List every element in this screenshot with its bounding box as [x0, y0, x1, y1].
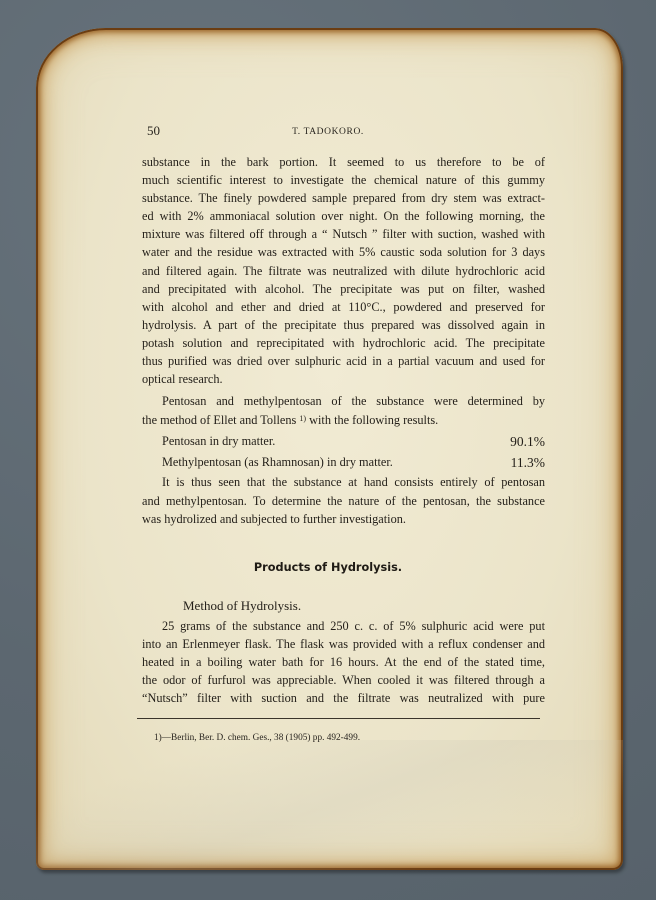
text-line: potash solution and reprecipitated with …: [142, 334, 545, 352]
text-line: mixture was filtered off through a “ Nut…: [142, 225, 545, 243]
result-row: Pentosan in dry matter. 90.1%: [142, 431, 545, 452]
text-line: much scientific interest to investigate …: [142, 171, 545, 189]
text-line: was hydrolized and subjected to further …: [142, 510, 545, 528]
result-value: 11.3%: [511, 452, 545, 473]
text-line: and filtered again. The filtrate was neu…: [142, 262, 545, 280]
text-line: hydrolysis. A part of the precipitate th…: [142, 316, 545, 334]
text-fragment: with the following results.: [306, 413, 438, 427]
footnote: 1)—Berlin, Ber. D. chem. Ges., 38 (1905)…: [154, 733, 360, 743]
running-head: T. TADOKORO.: [0, 127, 656, 137]
body-text-lower: 25 grams of the substance and 250 c. c. …: [142, 617, 545, 707]
text-line: heated in a boiling water bath for 16 ho…: [142, 653, 545, 671]
text-line: with alcohol and ether and dried at 110°…: [142, 298, 545, 316]
text-line: It is thus seen that the substance at ha…: [142, 473, 545, 491]
text-fragment: the method of Ellet and Tollens: [142, 413, 296, 427]
text-line: “Nutsch” filter with suction and the fil…: [142, 689, 545, 707]
paragraph-2: Pentosan and methylpentosan of the subst…: [142, 392, 545, 429]
footnote-divider: [137, 718, 540, 719]
text-line-with-footnote: the method of Ellet and Tollens 1) with …: [142, 410, 545, 429]
subsection-heading: Method of Hydrolysis.: [183, 598, 301, 614]
text-line: substance in the bark portion. It seemed…: [142, 153, 545, 171]
result-label: Methylpentosan (as Rhamnosan) in dry mat…: [162, 452, 393, 473]
result-label: Pentosan in dry matter.: [162, 431, 275, 452]
text-line: into an Erlenmeyer flask. The flask was …: [142, 635, 545, 653]
results-table: Pentosan in dry matter. 90.1% Methylpent…: [142, 431, 545, 473]
text-line: thus purified was dried over sulphuric a…: [142, 352, 545, 370]
text-line: the odor of furfurol was appreciable. Wh…: [142, 671, 545, 689]
paragraph-3: It is thus seen that the substance at ha…: [142, 473, 545, 527]
result-row: Methylpentosan (as Rhamnosan) in dry mat…: [142, 452, 545, 473]
text-line: ed with 2% ammoniacal solution over nigh…: [142, 207, 545, 225]
section-heading: Products of Hydrolysis.: [0, 561, 656, 574]
text-line: and methylpentosan. To determine the nat…: [142, 492, 545, 510]
body-text-upper: substance in the bark portion. It seemed…: [142, 153, 545, 528]
text-line: and precipitated with alcohol. The preci…: [142, 280, 545, 298]
paragraph-4: 25 grams of the substance and 250 c. c. …: [142, 617, 545, 707]
paragraph-1: substance in the bark portion. It seemed…: [142, 153, 545, 388]
text-line: Pentosan and methylpentosan of the subst…: [142, 392, 545, 410]
text-line: substance. The finely powdered sample pr…: [142, 189, 545, 207]
text-line: 25 grams of the substance and 250 c. c. …: [142, 617, 545, 635]
result-value: 90.1%: [510, 431, 545, 452]
text-line: optical research.: [142, 370, 545, 388]
text-line: water and the residue was extracted with…: [142, 243, 545, 261]
